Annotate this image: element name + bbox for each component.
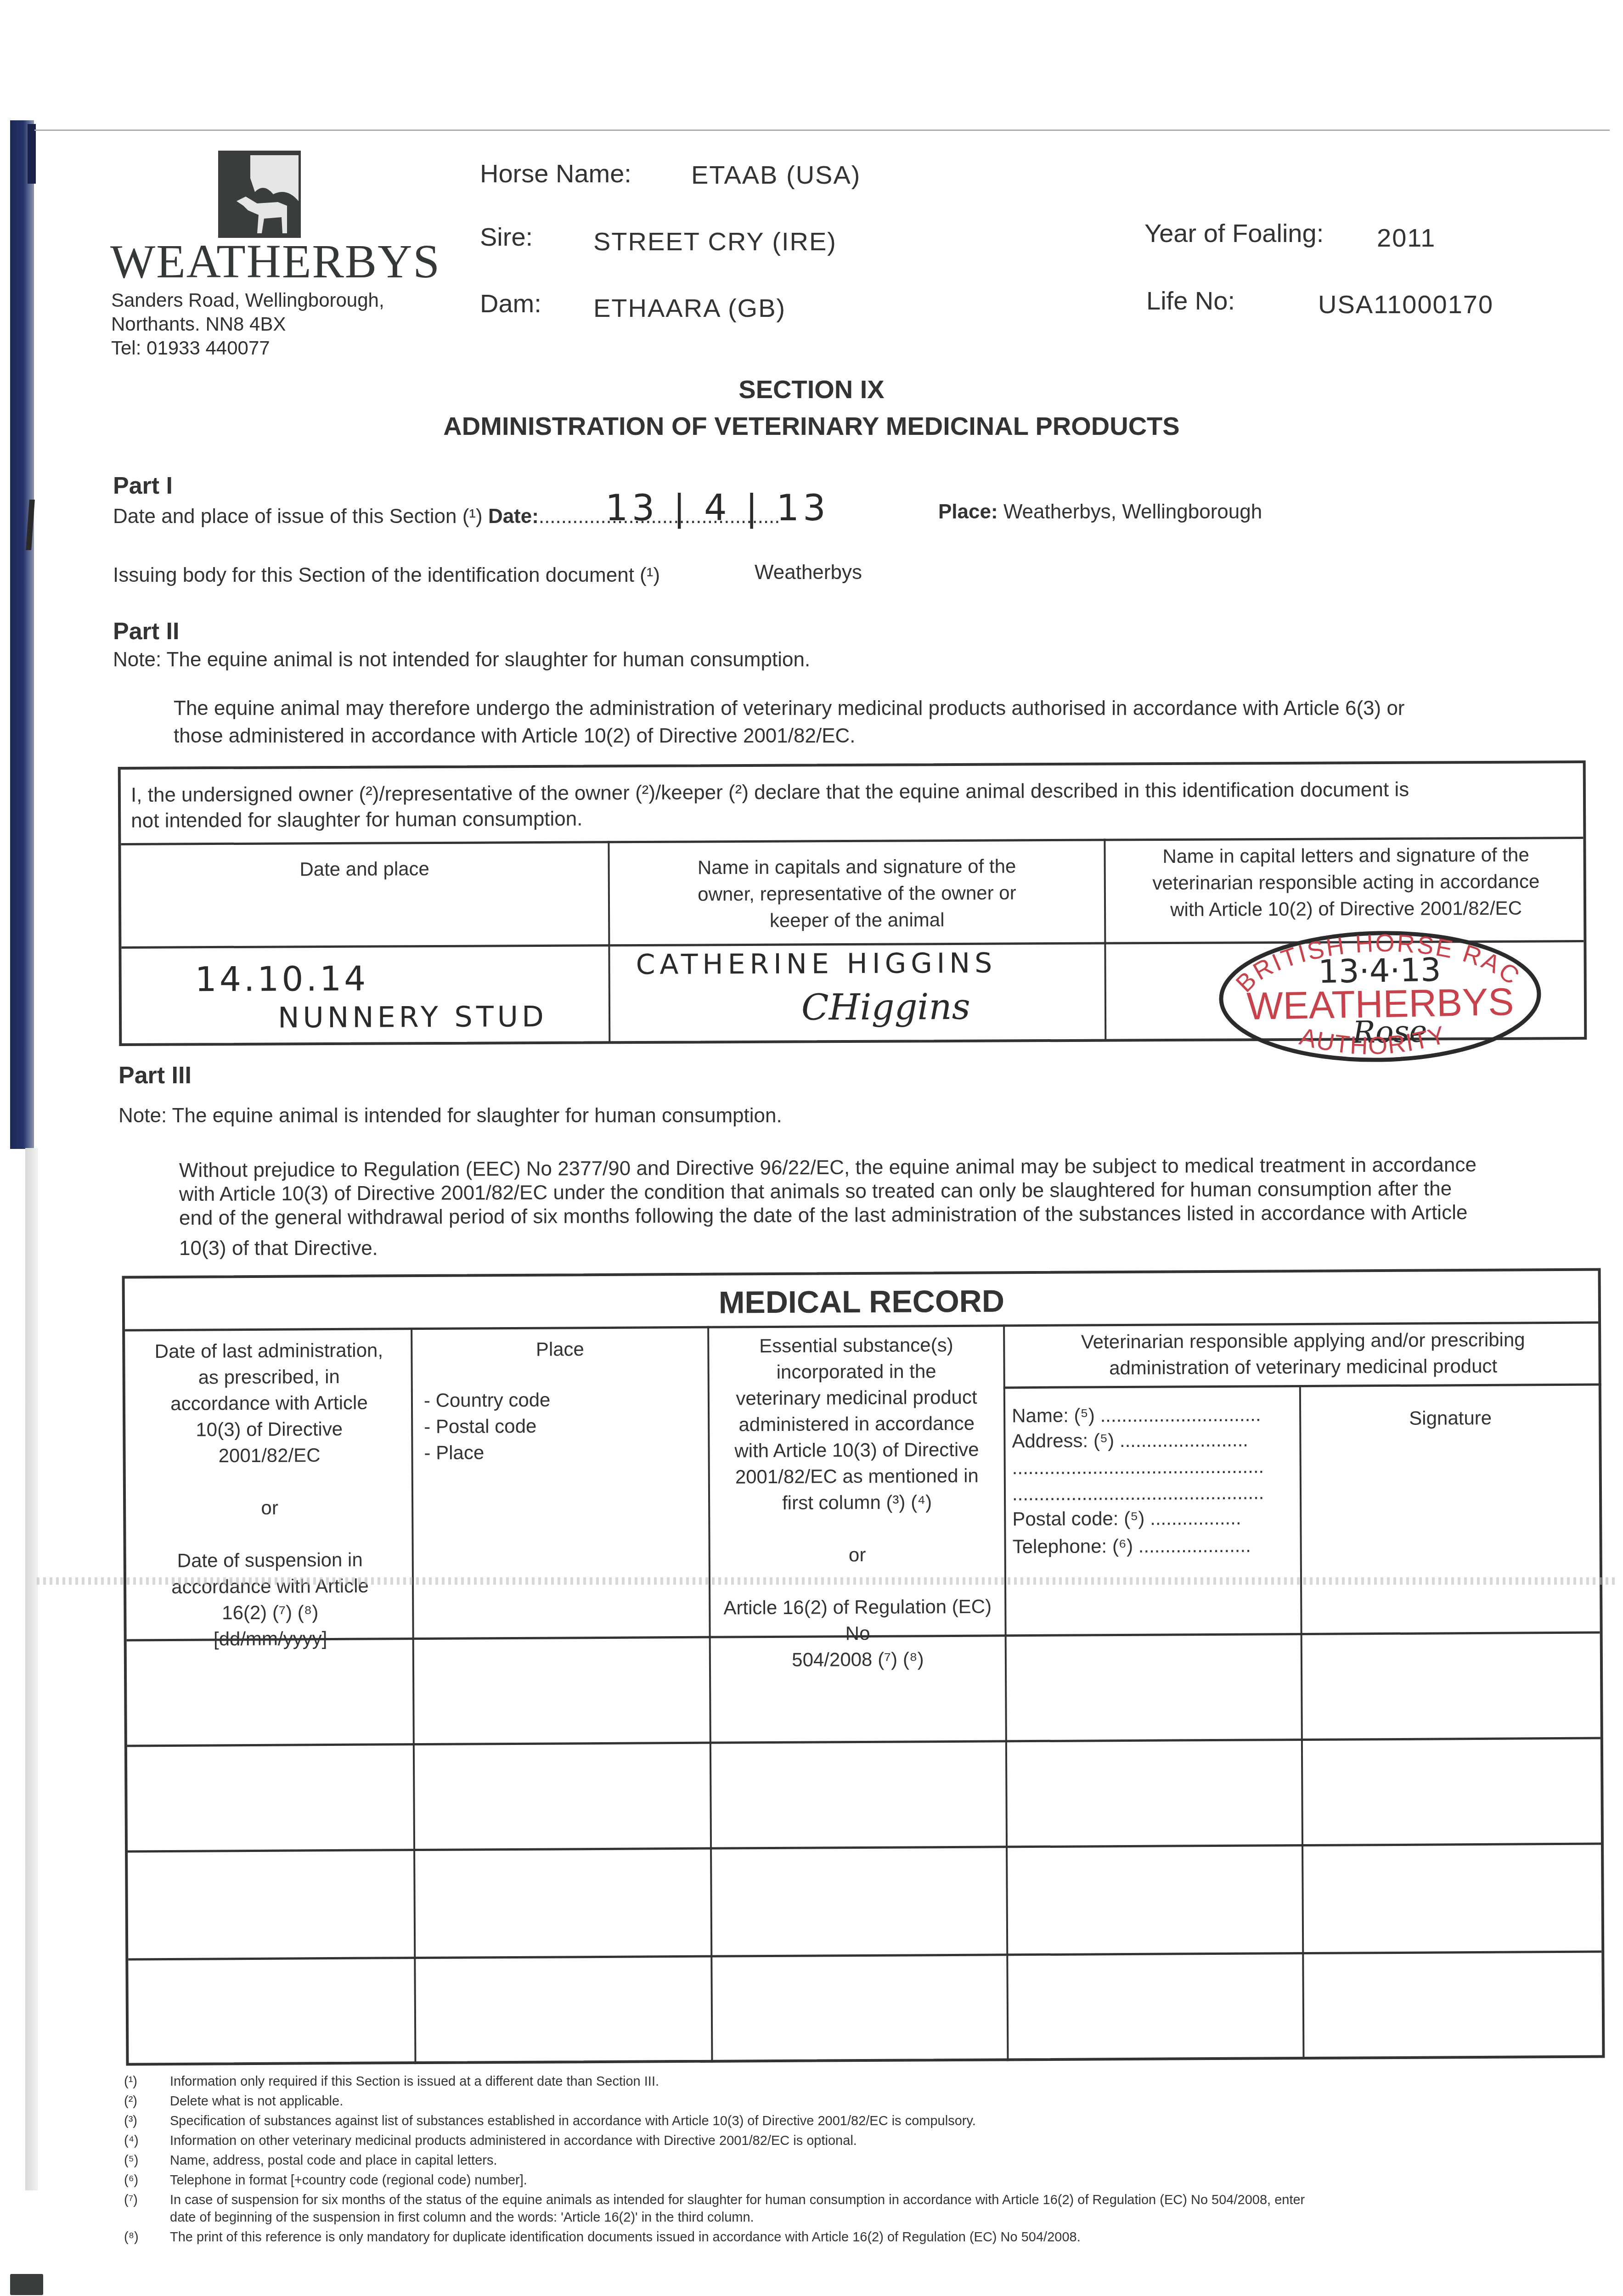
date-prefix: Date and place of issue of this Section …: [113, 505, 483, 528]
phone-line: Tel: 01933 440077: [111, 336, 384, 360]
header-line: 2001/82/EC: [127, 1441, 411, 1469]
part-2-paragraph-line: those administered in accordance with Ar…: [174, 725, 856, 748]
header-line: with Article 10(3) of Directive: [710, 1436, 1003, 1463]
header-line: owner, representative of the owner or: [610, 879, 1104, 908]
footnote-number: (⁸): [124, 2230, 170, 2245]
footnote-text: date of beginning of the suspension in f…: [170, 2210, 754, 2225]
date-of-administration-header: Date of last administration, as prescrib…: [127, 1337, 412, 1652]
handwritten-owner-name: CATHERINE HIGGINS: [636, 947, 997, 981]
part-1-heading: Part I: [113, 472, 173, 500]
part-3-paragraph-line: end of the general withdrawal period of …: [179, 1201, 1468, 1230]
vet-address-line-2[interactable]: ........................................…: [1012, 1455, 1264, 1479]
header-line: as prescribed, in: [127, 1363, 411, 1390]
medical-record-table: MEDICAL RECORD Date of last administrati…: [122, 1268, 1605, 2066]
footnote-number: (¹): [124, 2074, 170, 2089]
spacer: [710, 1514, 1004, 1542]
header-line: 16(2) (⁷) (⁸): [128, 1598, 412, 1626]
scan-artifact-line: [37, 1577, 1617, 1585]
part-2-heading: Part II: [113, 618, 180, 645]
owner-signature-header: Name in capitals and signature of the ow…: [610, 853, 1105, 935]
date-label: Date:: [488, 505, 539, 528]
place-subfield: - Postal code: [424, 1413, 551, 1440]
footnote-text: Information only required if this Sectio…: [170, 2074, 659, 2089]
header-line: veterinary medicinal product: [710, 1384, 1003, 1411]
footnote-number: (⁴): [124, 2133, 170, 2149]
sire-value: STREET CRY (IRE): [593, 226, 837, 256]
footnote-3: (³)Specification of substances against l…: [124, 2114, 976, 2129]
footnote-text: Information on other veterinary medicina…: [170, 2133, 857, 2148]
footnote-text: Telephone in format [+country code (regi…: [170, 2173, 527, 2188]
handwritten-issue-date: 13 | 4 | 13: [605, 488, 829, 529]
footnote-number: (³): [124, 2114, 170, 2129]
footnote-5: (⁵)Name, address, postal code and place …: [124, 2153, 497, 2168]
signature-header: Signature: [1301, 1404, 1600, 1432]
place-header: Place: [412, 1335, 707, 1363]
part-3-paragraph-line: 10(3) of that Directive.: [179, 1237, 378, 1260]
header-line: or: [710, 1541, 1004, 1568]
footnote-number: (⁵): [124, 2153, 170, 2168]
spacer: [128, 1520, 411, 1548]
medical-record-row-2[interactable]: [129, 1739, 1602, 1851]
header-line: keeper of the animal: [610, 906, 1104, 935]
place-subfield: - Country code: [424, 1387, 551, 1413]
scan-binding-strip: [10, 120, 34, 1149]
section-title: ADMINISTRATION OF VETERINARY MEDICINAL P…: [0, 411, 1623, 441]
veterinarian-header: Veterinarian responsible applying and/or…: [1005, 1326, 1601, 1382]
owner-signature: CHiggins: [801, 986, 970, 1029]
brand-name: WEATHERBYS: [110, 234, 440, 289]
header-line: Name in capital letters and signature of…: [1105, 841, 1586, 870]
footnote-number: (⁷): [124, 2193, 170, 2208]
medical-record-row-1[interactable]: [129, 1634, 1601, 1745]
scan-edge-shadow: [25, 1148, 38, 2190]
spacer: [128, 1468, 411, 1495]
declaration-statement: I, the undersigned owner (²)/representat…: [131, 776, 1578, 834]
vet-telephone-field[interactable]: Telephone: (⁶) .....................: [1013, 1535, 1251, 1558]
issuing-body-value: Weatherbys: [755, 561, 862, 584]
handwritten-place: NUNNERY STUD: [278, 1000, 547, 1035]
footnote-number: (²): [124, 2094, 170, 2109]
header-line: accordance with Article: [128, 1572, 412, 1600]
header-line: 10(3) of Directive: [127, 1415, 411, 1443]
footnote-text: In case of suspension for six months of …: [170, 2193, 1305, 2207]
year-of-foaling-label: Year of Foaling:: [1144, 218, 1324, 248]
header-line: administered in accordance: [710, 1410, 1003, 1437]
header-line: Veterinarian responsible applying and/or…: [1005, 1326, 1601, 1356]
part-3-paragraph-line: with Article 10(3) of Directive 2001/82/…: [179, 1177, 1452, 1206]
place-subfield: - Place: [424, 1439, 551, 1466]
vet-address-line-3[interactable]: ........................................…: [1012, 1481, 1264, 1505]
footnote-text: Specification of substances against list…: [170, 2114, 976, 2128]
header-line: administration of veterinary medicinal p…: [1005, 1352, 1601, 1382]
scan-corner-mark: [10, 2274, 43, 2295]
part-2-paragraph-line: The equine animal may therefore undergo …: [174, 697, 1405, 720]
horse-name-label: Horse Name:: [480, 158, 631, 188]
essential-substances-header: Essential substance(s) incorporated in t…: [709, 1331, 1005, 1673]
table-divider: [1003, 1384, 1601, 1389]
header-line: incorporated in the: [709, 1357, 1003, 1385]
header-line: Date of suspension in: [128, 1546, 412, 1574]
weatherbys-horse-logo-icon: [218, 151, 301, 238]
section-number: SECTION IX: [0, 374, 1623, 404]
medical-record-title: MEDICAL RECORD: [125, 1280, 1598, 1324]
footnote-8: (⁸)The print of this reference is only m…: [124, 2230, 1081, 2245]
address-line: Sanders Road, Wellingborough,: [111, 288, 384, 312]
footnote-text: The print of this reference is only mand…: [170, 2230, 1081, 2245]
medical-record-row-4[interactable]: [130, 1953, 1603, 2064]
place-label: Place:: [938, 501, 998, 523]
footnote-6: (⁶)Telephone in format [+country code (r…: [124, 2173, 527, 2188]
issuing-body-label: Issuing body for this Section of the ide…: [113, 564, 660, 587]
handwritten-date: 14.10.14: [195, 959, 369, 1000]
place-value: Weatherbys, Wellingborough: [1003, 501, 1262, 523]
header-line: Name in capitals and signature of the: [610, 853, 1104, 882]
dam-value: ETHAARA (GB): [593, 293, 786, 323]
footnote-number: (⁶): [124, 2173, 170, 2188]
life-no-label: Life No:: [1146, 286, 1235, 315]
weatherbys-authority-stamp: BRITISH HORSE RACING 13·4·13 WEATHERBYS …: [1213, 925, 1546, 1069]
vet-signature-header: Name in capital letters and signature of…: [1105, 841, 1586, 923]
date-and-place-header: Date and place: [121, 855, 608, 884]
vet-name-field[interactable]: Name: (⁵) ..............................: [1012, 1403, 1261, 1427]
page-top-edge: [34, 129, 1610, 131]
footnote-7: (⁷)In case of suspension for six months …: [124, 2193, 1305, 2208]
scan-binding-tab: [28, 124, 36, 184]
part-3-heading: Part III: [118, 1062, 192, 1089]
address-line: Northants. NN8 4BX: [111, 312, 384, 336]
company-address: Sanders Road, Wellingborough, Northants.…: [111, 288, 384, 360]
footnote-1: (¹)Information only required if this Sec…: [124, 2074, 659, 2089]
header-line: first column (³) (⁴): [710, 1488, 1004, 1516]
medical-record-row-3[interactable]: [130, 1845, 1602, 1958]
footnote-text: Name, address, postal code and place in …: [170, 2153, 497, 2168]
footnote-7-continued: date of beginning of the suspension in f…: [124, 2210, 754, 2225]
part-2-note: Note: The equine animal is not intended …: [113, 648, 810, 671]
footnote-4: (⁴)Information on other veterinary medic…: [124, 2133, 857, 2149]
horse-name-value: ETAAB (USA): [691, 160, 861, 190]
dam-label: Dam:: [480, 288, 541, 318]
header-line: veterinarian responsible acting in accor…: [1106, 868, 1586, 897]
header-line: accordance with Article: [127, 1389, 411, 1417]
place-subfields: - Country code - Postal code - Place: [424, 1387, 551, 1466]
header-line: 2001/82/EC as mentioned in: [710, 1462, 1004, 1490]
year-of-foaling-value: 2011: [1377, 223, 1436, 253]
vet-postal-code-field[interactable]: Postal code: (⁵) .................: [1012, 1507, 1241, 1531]
sire-label: Sire:: [480, 222, 533, 252]
header-line: Date of last administration,: [127, 1337, 411, 1364]
part-3-note: Note: The equine animal is intended for …: [118, 1104, 782, 1127]
header-line: or: [128, 1494, 411, 1521]
part-1-place-line: Place: Weatherbys, Wellingborough: [938, 501, 1262, 523]
header-line: Essential substance(s): [709, 1331, 1003, 1359]
header-line: with Article 10(2) of Directive 2001/82/…: [1106, 895, 1586, 923]
footnote-text: Delete what is not applicable.: [170, 2094, 343, 2109]
life-no-value: USA11000170: [1318, 289, 1493, 319]
vet-address-field[interactable]: Address: (⁵) ........................: [1012, 1429, 1248, 1452]
footnote-2: (²)Delete what is not applicable.: [124, 2094, 343, 2109]
